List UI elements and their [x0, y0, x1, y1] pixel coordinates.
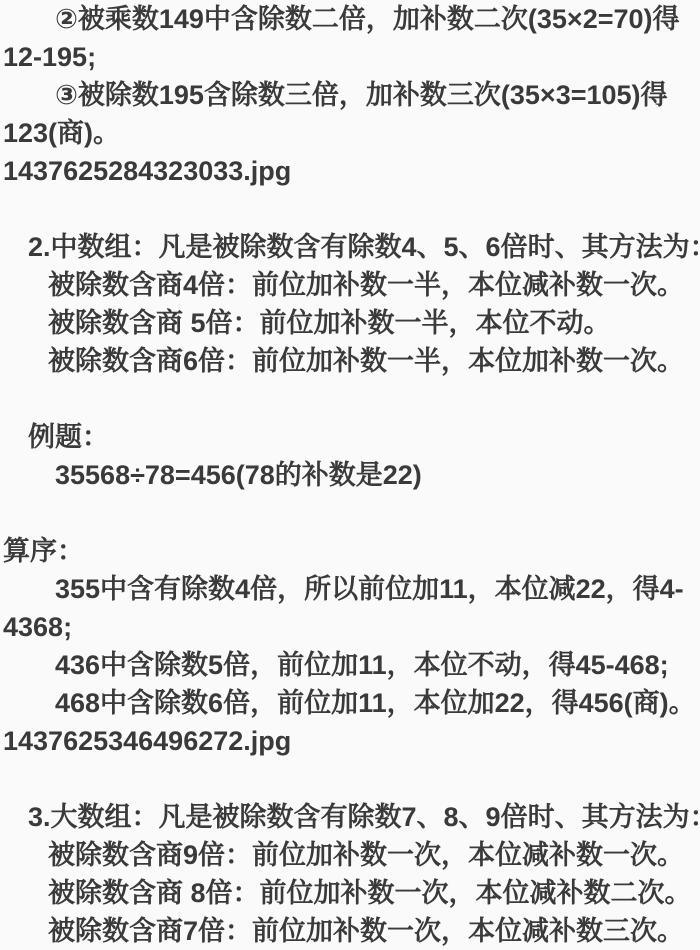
text-line: 被除数含商7倍：前位加补数一次，本位减补数三次。 [0, 912, 700, 950]
text-body: ②被乘数149中含除数二倍，加补数二次(35×2=70)得12-195;③被除数… [0, 0, 700, 950]
text-line: 被除数含商6倍：前位加补数一半，本位加补数一次。 [0, 342, 700, 380]
text-line: ②被乘数149中含除数二倍，加补数二次(35×2=70)得 [0, 0, 700, 38]
text-line: 被除数含商9倍：前位加补数一次，本位减补数一次。 [0, 836, 700, 874]
text-line: 2.中数组：凡是被除数含有除数4、5、6倍时、其方法为： [0, 228, 700, 266]
text-line: 被除数含商 5倍：前位加补数一半，本位不动。 [0, 304, 700, 342]
text-line: 1437625346496272.jpg [0, 722, 700, 760]
blank-line [0, 760, 700, 798]
text-line: 4368; [0, 608, 700, 646]
text-line: 算序： [0, 532, 700, 570]
blank-line [0, 380, 700, 418]
text-line: 被除数含商 8倍：前位加补数一次，本位减补数二次。 [0, 874, 700, 912]
document-page: ②被乘数149中含除数二倍，加补数二次(35×2=70)得12-195;③被除数… [0, 0, 700, 950]
text-line: 355中含有除数4倍，所以前位加11，本位减22，得4- [0, 570, 700, 608]
text-line: 被除数含商4倍：前位加补数一半，本位减补数一次。 [0, 266, 700, 304]
text-line: 468中含除数6倍，前位加11，本位加22，得456(商)。 [0, 684, 700, 722]
text-line: 1437625284323033.jpg [0, 152, 700, 190]
text-line: 35568÷78=456(78的补数是22) [0, 456, 700, 494]
text-line: 436中含除数5倍，前位加11，本位不动，得45-468; [0, 646, 700, 684]
text-line: 例题： [0, 418, 700, 456]
blank-line [0, 494, 700, 532]
text-line: 12-195; [0, 38, 700, 76]
text-line: 3.大数组：凡是被除数含有除数7、8、9倍时、其方法为： [0, 798, 700, 836]
text-line: ③被除数195含除数三倍，加补数三次(35×3=105)得 [0, 76, 700, 114]
blank-line [0, 190, 700, 228]
text-line: 123(商)。 [0, 114, 700, 152]
